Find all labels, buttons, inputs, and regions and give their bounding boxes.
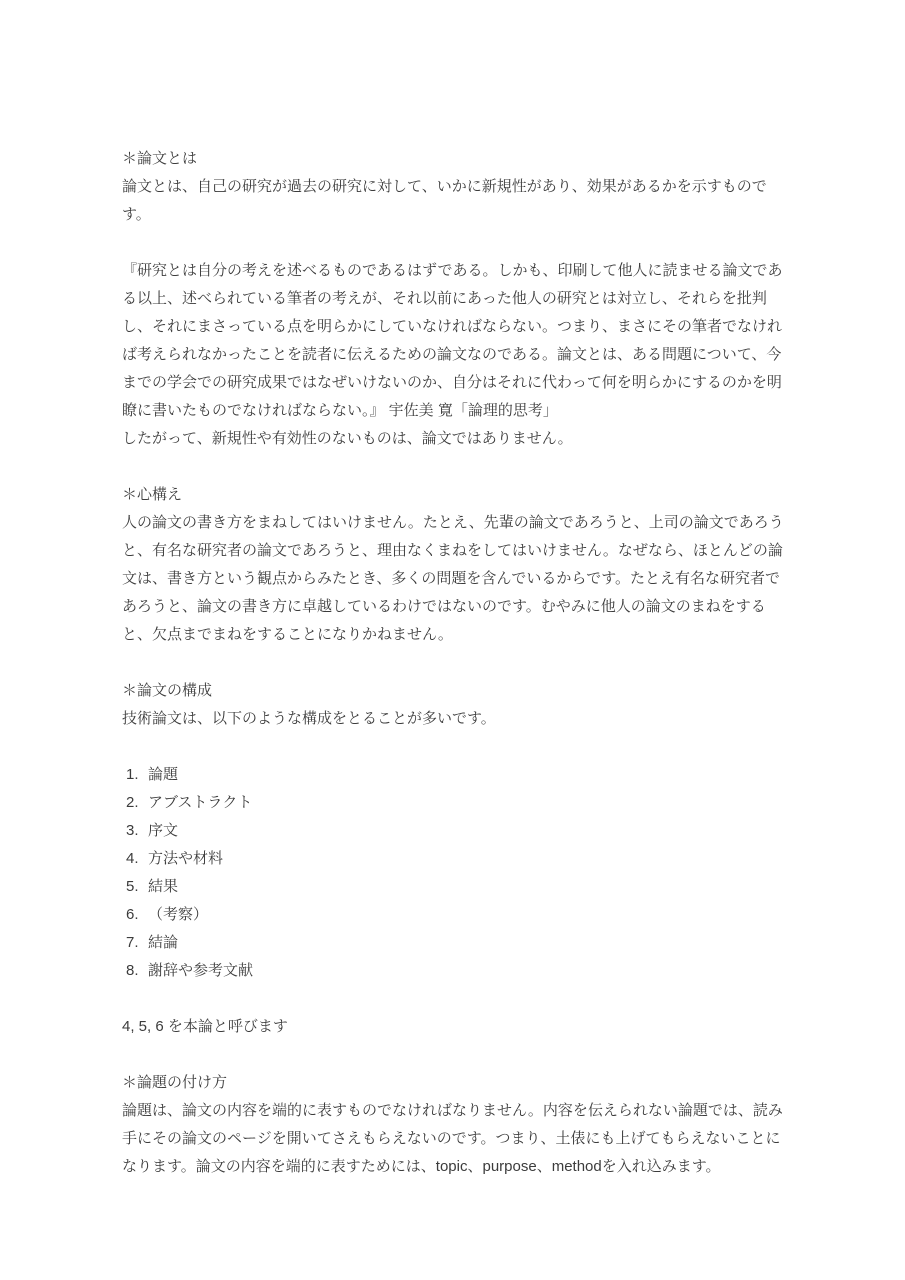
list-item-number: 3. (126, 817, 148, 845)
structure-list: 1.論題 2.アブストラクト 3.序文 4.方法や材料 5.結果 6.（考察） … (122, 761, 792, 985)
list-item-number: 7. (126, 929, 148, 957)
paragraph-structure-intro: 技術論文は、以下のような構成をとることが多いです。 (122, 705, 792, 733)
section-heading-structure: ＊論文の構成 (122, 677, 792, 705)
section-heading-mindset: ＊心構え (122, 481, 792, 509)
list-item: 7.結論 (126, 929, 792, 957)
section-mindset: ＊心構え 人の論文の書き方をまねしてはいけません。たとえ、先輩の論文であろうと、… (122, 481, 792, 649)
list-item-label: アブストラクト (148, 794, 252, 811)
section-titling: ＊論題の付け方 論題は、論文の内容を端的に表すものでなければなりません。内容を伝… (122, 1069, 792, 1181)
list-item: 4.方法や材料 (126, 845, 792, 873)
list-item-label: 謝辞や参考文献 (148, 962, 253, 979)
paragraph-conclusion-from-quote: したがって、新規性や有効性のないものは、論文ではありません。 (122, 425, 792, 453)
paragraph-mindset: 人の論文の書き方をまねしてはいけません。たとえ、先輩の論文であろうと、上司の論文… (122, 509, 792, 649)
section-honron-note: 4, 5, 6 を本論と呼びます (122, 1013, 792, 1041)
quote-paragraph: 『研究とは自分の考えを述べるものであるはずである。しかも、印刷して他人に読ませる… (122, 257, 792, 425)
section-structure: ＊論文の構成 技術論文は、以下のような構成をとることが多いです。 (122, 677, 792, 733)
list-item: 2.アブストラクト (126, 789, 792, 817)
paragraph-honron-note: 4, 5, 6 を本論と呼びます (122, 1013, 792, 1041)
list-item-label: 論題 (148, 766, 178, 783)
section-quote: 『研究とは自分の考えを述べるものであるはずである。しかも、印刷して他人に読ませる… (122, 257, 792, 453)
document-page: ＊論文とは 論文とは、自己の研究が過去の研究に対して、いかに新規性があり、効果が… (0, 0, 905, 1280)
section-heading-titling: ＊論題の付け方 (122, 1069, 792, 1097)
list-item-number: 8. (126, 957, 148, 985)
paragraph-definition: 論文とは、自己の研究が過去の研究に対して、いかに新規性があり、効果があるかを示す… (122, 173, 792, 229)
list-item-label: （考察） (148, 906, 208, 923)
list-item-number: 5. (126, 873, 148, 901)
list-item-label: 結果 (148, 878, 178, 895)
list-item-label: 結論 (148, 934, 178, 951)
list-item-label: 方法や材料 (148, 850, 223, 867)
list-item-number: 6. (126, 901, 148, 929)
section-heading-what-is-a-paper: ＊論文とは (122, 145, 792, 173)
section-what-is-a-paper: ＊論文とは 論文とは、自己の研究が過去の研究に対して、いかに新規性があり、効果が… (122, 145, 792, 229)
list-item-number: 1. (126, 761, 148, 789)
list-item: 1.論題 (126, 761, 792, 789)
list-item: 5.結果 (126, 873, 792, 901)
list-item-number: 2. (126, 789, 148, 817)
list-item-number: 4. (126, 845, 148, 873)
list-item: 8.謝辞や参考文献 (126, 957, 792, 985)
list-item: 3.序文 (126, 817, 792, 845)
list-item: 6.（考察） (126, 901, 792, 929)
paragraph-titling: 論題は、論文の内容を端的に表すものでなければなりません。内容を伝えられない論題で… (122, 1097, 792, 1181)
list-item-label: 序文 (148, 822, 178, 839)
